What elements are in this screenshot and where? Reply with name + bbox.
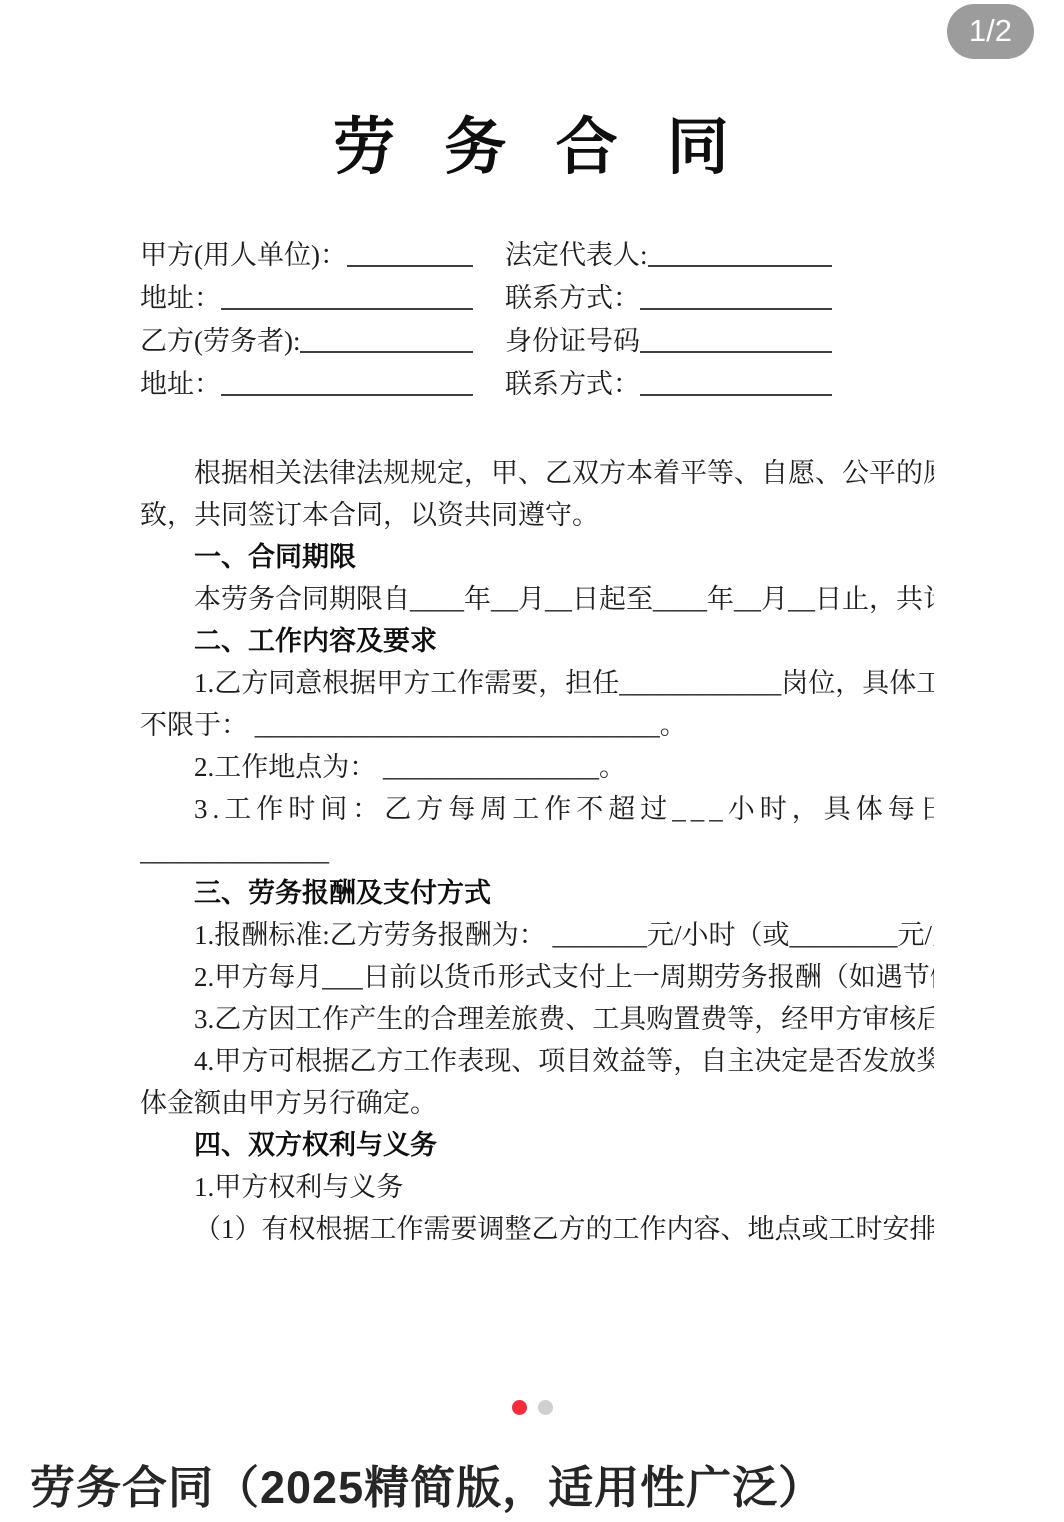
legal-representative-label: 法定代表人:	[505, 235, 648, 275]
worker-address-label: 地址：	[140, 364, 221, 404]
section-3-heading: 三、劳务报酬及支付方式	[140, 872, 934, 914]
expense-reimburse-line: 3.乙方因工作产生的合理差旅费、工具购置费等，经甲方审核后凭票报销。	[140, 998, 934, 1040]
contract-document-image[interactable]: 劳 务 合 同 甲方(用人单位)： 法定代表人: 地址： 联系方式：	[0, 0, 1064, 1440]
employer-label: 甲方(用人单位)：	[140, 235, 347, 275]
employer-address-blank-field	[221, 308, 473, 310]
page-count-badge: 1/2	[947, 4, 1034, 59]
pay-schedule-line: 2.甲方每月___日前以货币形式支付上一周期劳务报酬（如遇节假日顺延）。	[140, 956, 934, 998]
section-1-heading: 一、合同期限	[140, 536, 934, 578]
work-location-line: 2.工作地点为： ________________。	[140, 746, 934, 788]
worker-blank-field	[300, 351, 473, 353]
worker-label: 乙方(劳务者):	[140, 321, 300, 361]
carousel-dot-inactive[interactable]	[538, 1400, 553, 1415]
pay-standard-line: 1.报酬标准:乙方劳务报酬为： _______元/小时（或________元/月…	[140, 914, 934, 956]
work-hours-line: 3.工作时间：乙方每周工作不超过___小时，具体每日工作时间为	[140, 788, 934, 830]
id-number-label: 身份证号码	[505, 321, 640, 361]
work-hours-blank-line: ______________	[140, 830, 934, 872]
form-row-worker-address: 地址： 联系方式：	[140, 361, 930, 404]
contract-term-line: 本劳务合同期限自____年__月__日起至____年__月__日止，共计___个…	[140, 578, 934, 620]
caption-bar: 劳务合同（2025精简版，适用性广泛）	[0, 1440, 1064, 1522]
worker-contact-label: 联系方式：	[505, 364, 640, 404]
section-2-heading: 二、工作内容及要求	[140, 620, 934, 662]
bonus-line-1: 4.甲方可根据乙方工作表现、项目效益等，自主决定是否发放奖金或补贴，具	[140, 1040, 934, 1082]
contract-body: 根据相关法律法规规定，甲、乙双方本着平等、自愿、公平的原则，经协商一 致，共同签…	[140, 452, 934, 1250]
contract-title: 劳 务 合 同	[0, 0, 1064, 186]
legal-representative-blank-field	[648, 265, 832, 267]
employer-contact-blank-field	[640, 308, 832, 310]
work-content-line-2: 不限于： ______________________________。	[140, 704, 934, 746]
post-title: 劳务合同（2025精简版，适用性广泛）	[30, 1451, 824, 1516]
employer-blank-field	[347, 265, 473, 267]
party-a-rights-item-1: （1）有权根据工作需要调整乙方的工作内容、地点或工时安排；	[140, 1208, 934, 1250]
form-row-worker: 乙方(劳务者): 身份证号码	[140, 318, 930, 361]
preamble-line-2: 致，共同签订本合同，以资共同遵守。	[140, 494, 934, 536]
worker-address-blank-field	[221, 394, 473, 396]
worker-contact-blank-field	[640, 394, 832, 396]
party-info-form: 甲方(用人单位)： 法定代表人: 地址： 联系方式：	[140, 232, 930, 404]
form-row-employer: 甲方(用人单位)： 法定代表人:	[140, 232, 930, 275]
employer-contact-label: 联系方式：	[505, 278, 640, 318]
party-a-rights-heading: 1.甲方权利与义务	[140, 1166, 934, 1208]
employer-address-label: 地址：	[140, 278, 221, 318]
bonus-line-2: 体金额由甲方另行确定。	[140, 1082, 934, 1124]
section-4-heading: 四、双方权利与义务	[140, 1124, 934, 1166]
id-number-blank-field	[640, 351, 832, 353]
form-row-employer-address: 地址： 联系方式：	[140, 275, 930, 318]
carousel-pagination	[0, 1400, 1064, 1415]
work-content-line-1: 1.乙方同意根据甲方工作需要，担任____________岗位，具体工作内容包括…	[140, 662, 934, 704]
app-screen: 劳 务 合 同 甲方(用人单位)： 法定代表人: 地址： 联系方式：	[0, 0, 1064, 1522]
preamble-line-1: 根据相关法律法规规定，甲、乙双方本着平等、自愿、公平的原则，经协商一	[140, 452, 934, 494]
carousel-dot-active[interactable]	[512, 1400, 527, 1415]
